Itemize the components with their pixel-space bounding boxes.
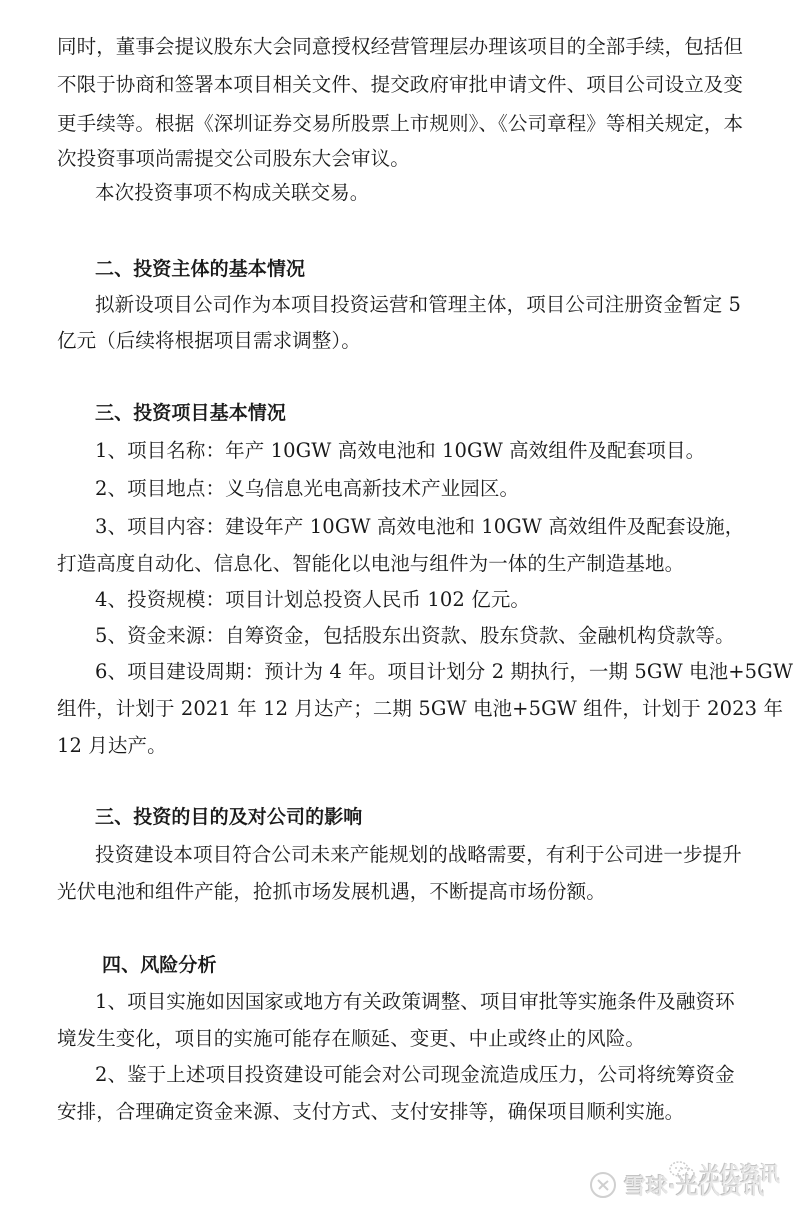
text-line: 本次投资事项不构成关联交易。 [95,181,369,205]
list-item-continued: 12 月达产。 [57,734,167,758]
list-item: 4、投资规模：项目计划总投资人民币 102 亿元。 [95,588,530,612]
list-item: 2、鉴于上述项目投资建设可能会对公司现金流造成压力，公司将统筹资金 [95,1063,735,1087]
text-line: 同时，董事会提议股东大会同意授权经营管理层办理该项目的全部手续，包括但 [57,35,743,59]
text-line: 光伏电池和组件产能，抢抓市场发展机遇，不断提高市场份额。 [57,880,606,904]
list-item: 2、项目地点：义乌信息光电高新技术产业园区。 [95,477,519,501]
section-heading: 三、投资的目的及对公司的影响 [95,805,362,829]
section-heading: 四、风险分析 [102,953,217,977]
list-item-continued: 安排，合理确定资金来源、支付方式、支付安排等，确保项目顺利实施。 [57,1100,684,1124]
wechat-icon [668,1160,696,1184]
list-item: 1、项目实施如因国家或地方有关政策调整、项目审批等实施条件及融资环 [95,990,735,1014]
text-line: 次投资事项尚需提交公司股东大会审议。 [57,147,410,171]
list-item: 1、项目名称：年产 10GW 高效电池和 10GW 高效组件及配套项目。 [95,439,705,463]
list-item: 5、资金来源：自筹资金，包括股东出资款、股东贷款、金融机构贷款等。 [95,624,735,648]
text-line: 亿元（后续将根据项目需求调整）。 [57,329,361,353]
text-line: 拟新设项目公司作为本项目投资运营和管理主体，项目公司注册资金暂定 5 [95,293,741,317]
list-item-continued: 境发生变化，项目的实施可能存在顺延、变更、中止或终止的风险。 [57,1027,645,1051]
watermark: 雪球·光伏资讯 光伏资讯 [590,1168,800,1204]
list-item: 6、项目建设周期：预计为 4 年。项目计划分 2 期执行，一期 5GW 电池+5… [95,660,793,684]
list-item-continued: 打造高度自动化、信息化、智能化以电池与组件为一体的生产制造基地。 [57,552,684,576]
text-line: 不限于协商和签署本项目相关文件、提交政府审批申请文件、项目公司设立及变 [57,73,743,97]
text-line: 投资建设本项目符合公司未来产能规划的战略需要，有利于公司进一步提升 [95,843,742,867]
section-heading: 三、投资项目基本情况 [95,401,286,425]
list-item-continued: 组件，计划于 2021 年 12 月达产；二期 5GW 电池+5GW 组件，计划… [57,697,783,721]
text-line: 更手续等。根据《深圳证券交易所股票上市规则》、《公司章程》等相关规定，本 [57,112,743,136]
snowball-logo-icon [590,1172,616,1198]
section-heading: 二、投资主体的基本情况 [95,257,305,281]
watermark-secondary-text: 光伏资讯 [700,1158,780,1187]
list-item: 3、项目内容：建设年产 10GW 高效电池和 10GW 高效组件及配套设施， [95,515,744,539]
